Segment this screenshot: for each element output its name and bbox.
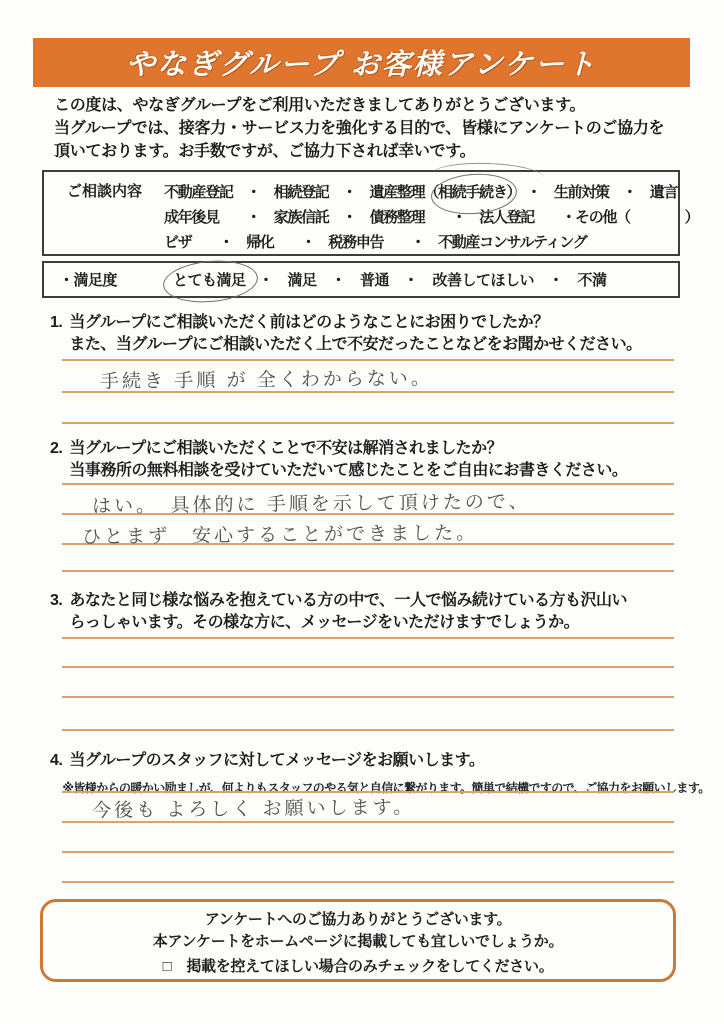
question-text-line: らっしゃいます。その様な方に、メッセージをいただけますでしょうか。 bbox=[69, 612, 627, 634]
page-title: やなぎグループ お客様アンケート bbox=[126, 42, 597, 83]
question-2: 2. 当グループにご相談いただくことで不安は解消されましたか？ 当事務所の無料相… bbox=[50, 438, 678, 482]
circled-option-label: 相続手続き bbox=[438, 184, 507, 201]
consultation-row-text: 不動産登記 ・ 相続登記 ・ 遺産整理（ bbox=[164, 184, 438, 201]
answer-line bbox=[62, 851, 674, 853]
question-number: 2. bbox=[50, 438, 62, 482]
question-text-line: 当グループにご相談いただく前はどのようなことにお困りでしたか？ bbox=[69, 312, 641, 334]
answer-line bbox=[62, 570, 674, 572]
consultation-row: 不動産登記 ・ 相続登記 ・ 遺産整理（相続手続き） ・ 生前対策 ・ 遺言 bbox=[164, 180, 698, 205]
satisfaction-label: ・満足度 bbox=[59, 269, 117, 290]
question-text-line: 当事務所の無料相談を受けていただいて感じたことをご自由にお書きください。 bbox=[69, 460, 627, 482]
question-text-line: あなたと同じ様な悩みを抱えている方の中で、一人で悩み続けている方も沢山い bbox=[69, 590, 627, 612]
handwritten-answer: ひとまず 安心することができました。 bbox=[82, 518, 478, 549]
question-number: 3. bbox=[50, 590, 62, 634]
intro-line: 頂いております。お手数ですが、ご協力下されば幸いです。 bbox=[54, 140, 684, 163]
title-banner: やなぎグループ お客様アンケート bbox=[33, 38, 690, 87]
question-text-line: また、当グループにご相談いただく上で不安だったことなどをお聞かせください。 bbox=[69, 334, 641, 356]
consultation-row: 成年後見 ・ 家族信託 ・ 債務整理 ・ 法人登記 ・その他（ ） bbox=[164, 205, 698, 230]
satisfaction-options: ・ 満足 ・ 普通 ・ 改善してほしい ・ 不満 bbox=[259, 269, 607, 290]
consent-checkbox[interactable]: □ bbox=[163, 957, 172, 977]
question-text-line: 当グループにご相談いただくことで不安は解消されましたか？ bbox=[69, 438, 627, 460]
handwritten-answer: 手続き 手順 が 全くわからない。 bbox=[100, 363, 433, 393]
question-number: 4. bbox=[50, 750, 62, 799]
question-text-line: 当グループのスタッフに対してメッセージをお願いします。 bbox=[69, 750, 709, 772]
question-text: 当グループにご相談いただく前はどのようなことにお困りでしたか？ また、当グループ… bbox=[69, 312, 641, 356]
consultation-label: ご相談内容 bbox=[67, 180, 142, 254]
consultation-row-text: ） ・ 生前対策 ・ 遺言 bbox=[507, 184, 678, 201]
consultation-box: ご相談内容 不動産登記 ・ 相続登記 ・ 遺産整理（相続手続き） ・ 生前対策 … bbox=[42, 170, 680, 256]
answer-line bbox=[62, 637, 674, 639]
survey-page: やなぎグループ お客様アンケート この度は、やなぎグループをご利用いただきまして… bbox=[0, 0, 724, 1024]
consultation-options: 不動産登記 ・ 相続登記 ・ 遺産整理（相続手続き） ・ 生前対策 ・ 遺言 成… bbox=[164, 180, 698, 254]
answer-line bbox=[62, 359, 674, 361]
answer-line bbox=[62, 729, 674, 731]
question-1: 1. 当グループにご相談いただく前はどのようなことにお困りでしたか？ また、当グ… bbox=[50, 312, 678, 356]
consent-row: □ 掲載を控えてほしい場合のみチェックをしてください。 bbox=[43, 957, 673, 977]
consultation-row: ビザ ・ 帰化 ・ 税務申告 ・ 不動産コンサルティング bbox=[164, 230, 698, 255]
intro-paragraph: この度は、やなぎグループをご利用いただきましてありがとうございます。 当グループ… bbox=[54, 94, 684, 163]
satisfaction-selected-label: とても満足 bbox=[173, 272, 246, 289]
footer-box: アンケートへのご協力ありがとうございます。 本アンケートをホームページに掲載して… bbox=[40, 899, 676, 982]
intro-line: この度は、やなぎグループをご利用いただきましてありがとうございます。 bbox=[54, 94, 684, 117]
handwritten-answer: はい。 具体的に 手順を示して頂けたので、 bbox=[92, 487, 531, 519]
intro-line: 当グループでは、接客力・サービス力を強化する目的で、皆様にアンケートのご協力を bbox=[54, 117, 684, 140]
answer-line bbox=[62, 696, 674, 698]
footer-line: アンケートへのご協力ありがとうございます。 bbox=[43, 909, 673, 931]
question-number: 1. bbox=[50, 312, 62, 356]
satisfaction-box: ・満足度 とても満足 ・ 満足 ・ 普通 ・ 改善してほしい ・ 不満 bbox=[42, 261, 680, 298]
footer-line: 本アンケートをホームページに掲載しても宜しいでしょうか。 bbox=[43, 931, 673, 953]
question-text: あなたと同じ様な悩みを抱えている方の中で、一人で悩み続けている方も沢山い らっし… bbox=[69, 590, 627, 634]
question-3: 3. あなたと同じ様な悩みを抱えている方の中で、一人で悩み続けている方も沢山い … bbox=[50, 590, 678, 634]
consent-checkbox-label: 掲載を控えてほしい場合のみチェックをしてください。 bbox=[186, 957, 553, 977]
circled-option: 相続手続き bbox=[438, 180, 507, 205]
answer-line bbox=[62, 666, 674, 668]
satisfaction-selected: とても満足 bbox=[173, 269, 246, 290]
answer-line bbox=[62, 483, 674, 485]
answer-line bbox=[62, 422, 674, 424]
handwritten-answer: 今後も よろしく お願いします。 bbox=[92, 792, 415, 822]
question-text: 当グループにご相談いただくことで不安は解消されましたか？ 当事務所の無料相談を受… bbox=[69, 438, 627, 482]
answer-line bbox=[62, 881, 674, 883]
